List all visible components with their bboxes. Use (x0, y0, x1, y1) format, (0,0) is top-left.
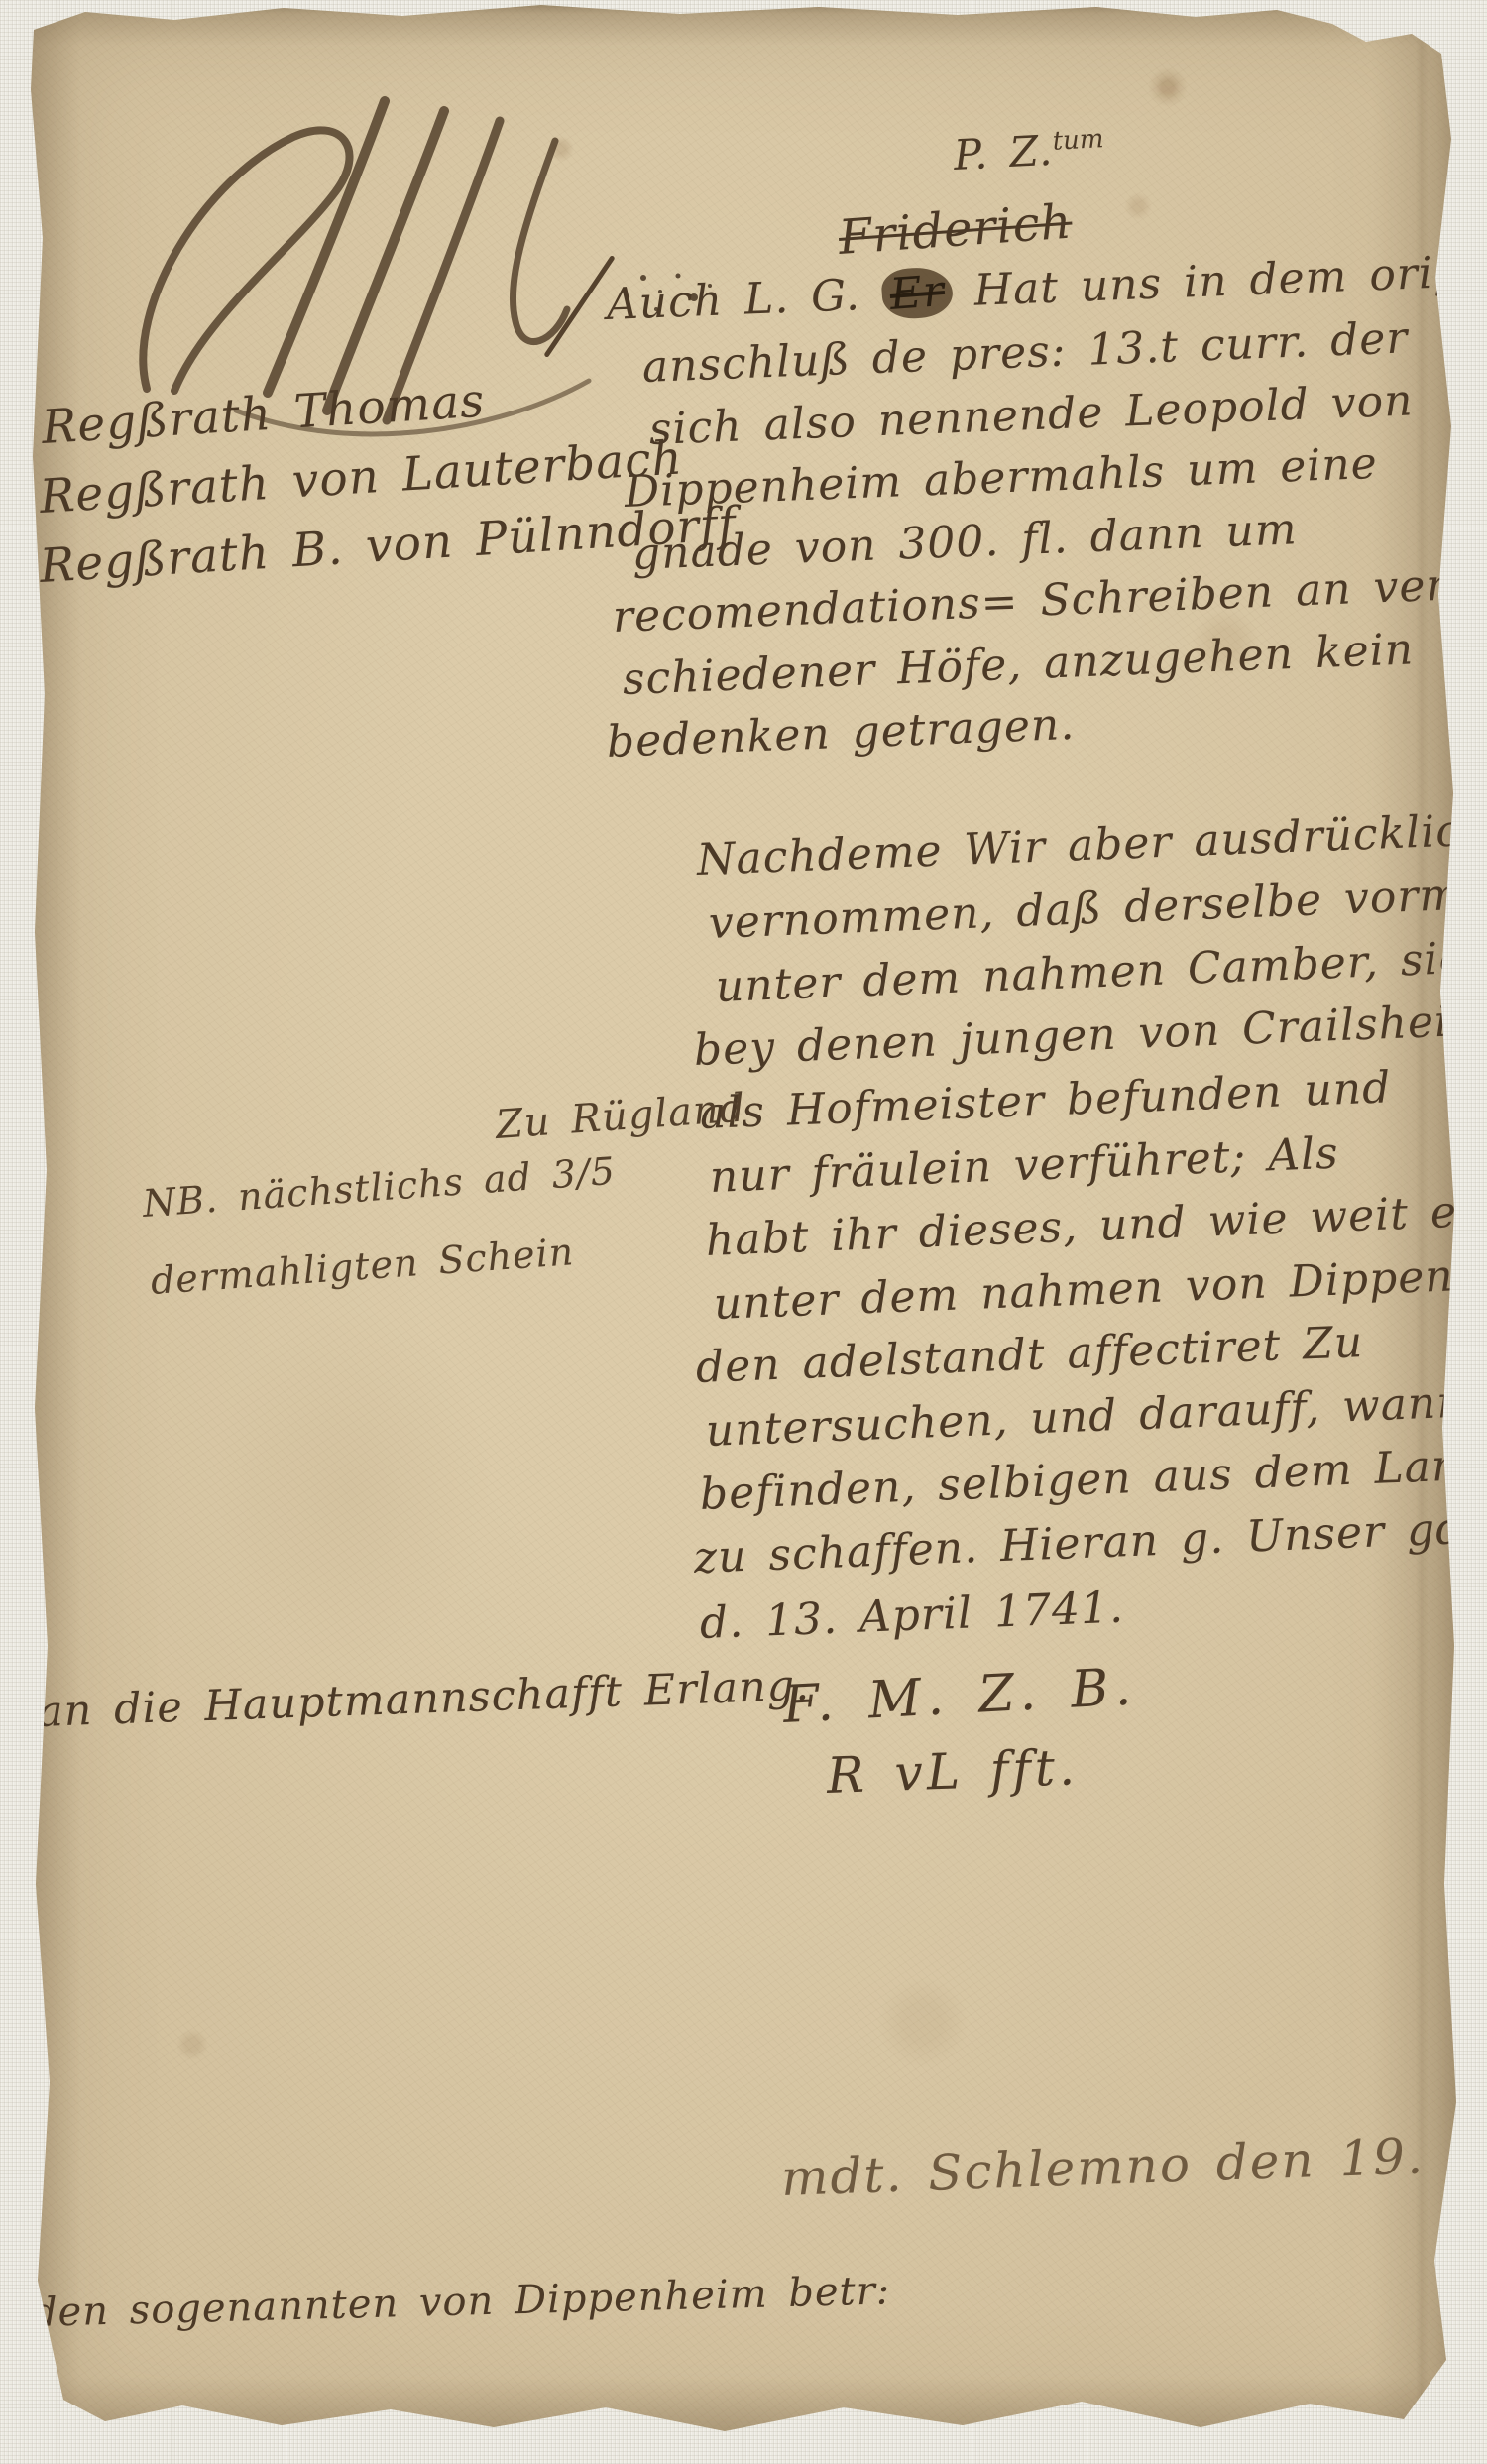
body-p2-line: nur fräulein verführet; Als (709, 1128, 1339, 1203)
body-p1-line1-pre: Auch L. G. (606, 270, 861, 330)
body-p2-dateline: d. 13. April 1741. (699, 1583, 1125, 1649)
body-p1-line1-post: Hat uns in dem original (973, 244, 1487, 316)
scanned-manuscript-page: { "document": { "type": "handwritten let… (0, 0, 1487, 2464)
signature-monogram: F. M. Z. B. (781, 1657, 1138, 1735)
margin-note-line: dermahligten Schein (149, 1230, 575, 1303)
margin-note-line: NB. nächstlichs ad 3/5 (141, 1149, 617, 1226)
body-p1-deleted-word: Er (880, 265, 955, 320)
body-p2-line: den adelstandt affectiret Zu (695, 1317, 1364, 1393)
heading-friderich: Friderich (837, 194, 1074, 266)
presentation-mark-main: P. Z. (953, 126, 1055, 179)
bottom-subject-note: den sogenannten von Dippenheim betr: (31, 2268, 890, 2336)
body-p1-line: bedenken getragen. (606, 699, 1076, 767)
address-line: an die Hauptmannschafft Erlang. (37, 1661, 811, 1737)
body-p2-line: als Hofmeister befunden und (699, 1062, 1392, 1139)
docket-date-line: mdt. Schlemno den 19. Ejg. (780, 2123, 1487, 2207)
signature-registrar: R vL fft. (826, 1738, 1080, 1805)
presentation-mark-superscript: tum (1052, 124, 1104, 157)
presentation-mark: P. Z.tum (953, 123, 1105, 179)
aged-paper-sheet: P. Z.tum Friderich Regßrath Thomas Regßr… (26, 0, 1465, 2441)
